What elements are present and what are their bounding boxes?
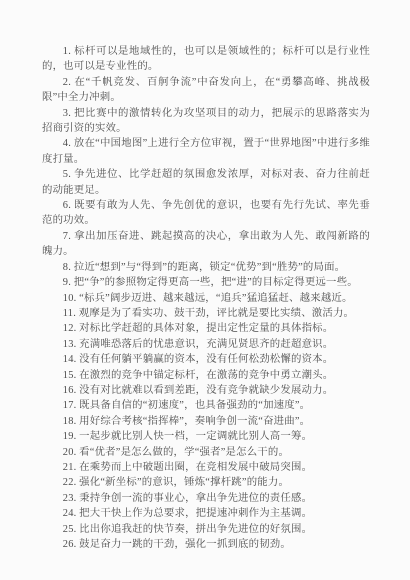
list-item: 17. 既具备自信的“初速度”，也具备强劲的“加速度”。 — [42, 398, 370, 413]
list-item: 16. 没有对比就难以看到差距，没有竞争就缺少发展动力。 — [42, 383, 370, 398]
document-body: 1. 标杆可以是地域性的，也可以是领域性的；标杆可以是行业性的，也可以是专业性的… — [42, 44, 370, 552]
list-item: 2. 在“千帆竞发、百舸争流”中奋发向上，在“勇攀高峰、挑战极限”中全力冲刺。 — [42, 75, 370, 106]
list-item: 3. 把比赛中的激情转化为攻坚项目的动力，把展示的思路落实为招商引资的实效。 — [42, 106, 370, 137]
list-item: 26. 鼓足奋力一跳的干劲，强化一抓到底的韧劲。 — [42, 537, 370, 552]
list-item: 22. 强化“新坐标”的意识，锤炼“撑杆跳”的能力。 — [42, 475, 370, 490]
list-item: 13. 充满唯恐落后的忧患意识，充满见贤思齐的赶超意识。 — [42, 337, 370, 352]
list-item: 23. 秉持争创一流的事业心，拿出争先进位的责任感。 — [42, 491, 370, 506]
list-item: 19. 一起步就比别人快一档，一定调就比别人高一筹。 — [42, 429, 370, 444]
list-item: 6. 既要有敢为人先、争先创优的意识，也要有先行先试、率先垂范的功效。 — [42, 198, 370, 229]
list-item: 25. 比出你追我赶的快节奏，拼出争先进位的好氛围。 — [42, 522, 370, 537]
list-item: 18. 用好综合考核“指挥棒”，奏响争创一流“奋进曲”。 — [42, 414, 370, 429]
list-item: 10. “标兵”阔步迈进、越来越远，“追兵”猛追猛赶、越来越近。 — [42, 291, 370, 306]
list-item: 14. 没有任何躺平躺赢的资本，没有任何松劲松懈的资本。 — [42, 352, 370, 367]
list-item: 20. 看“优者”是怎么做的，学“强者”是怎么干的。 — [42, 445, 370, 460]
list-item: 24. 把大干快上作为总要求，把提速冲刺作为主基调。 — [42, 506, 370, 521]
list-item: 9. 把“争”的参照物定得更高一些，把“进”的目标定得更远一些。 — [42, 275, 370, 290]
list-item: 15. 在激烈的竞争中锚定标杆，在激荡的竞争中勇立潮头。 — [42, 368, 370, 383]
document-page: 1. 标杆可以是地域性的，也可以是领域性的；标杆可以是行业性的，也可以是专业性的… — [0, 0, 410, 580]
list-item: 21. 在乘势而上中破题出圈，在竞相发展中破局突围。 — [42, 460, 370, 475]
list-item: 8. 拉近“想到”与“得到”的距离，锁定“优势”到“胜势”的局面。 — [42, 260, 370, 275]
list-item: 7. 拿出加压奋进、跳起摸高的决心，拿出敢为人先、敢闯新路的魄力。 — [42, 229, 370, 260]
list-item: 4. 放在“中国地图”上进行全方位审视，置于“世界地图”中进行多维度打量。 — [42, 136, 370, 167]
list-item: 5. 争先进位、比学赶超的氛围愈发浓厚，对标对表、奋力往前赶的动能更足。 — [42, 167, 370, 198]
list-item: 12. 对标比学赶超的具体对象，提出定性定量的具体指标。 — [42, 321, 370, 336]
list-item: 11. 观摩是为了看实功、鼓干劲，评比就是要比实绩、激活力。 — [42, 306, 370, 321]
list-item: 1. 标杆可以是地域性的，也可以是领域性的；标杆可以是行业性的，也可以是专业性的… — [42, 44, 370, 75]
